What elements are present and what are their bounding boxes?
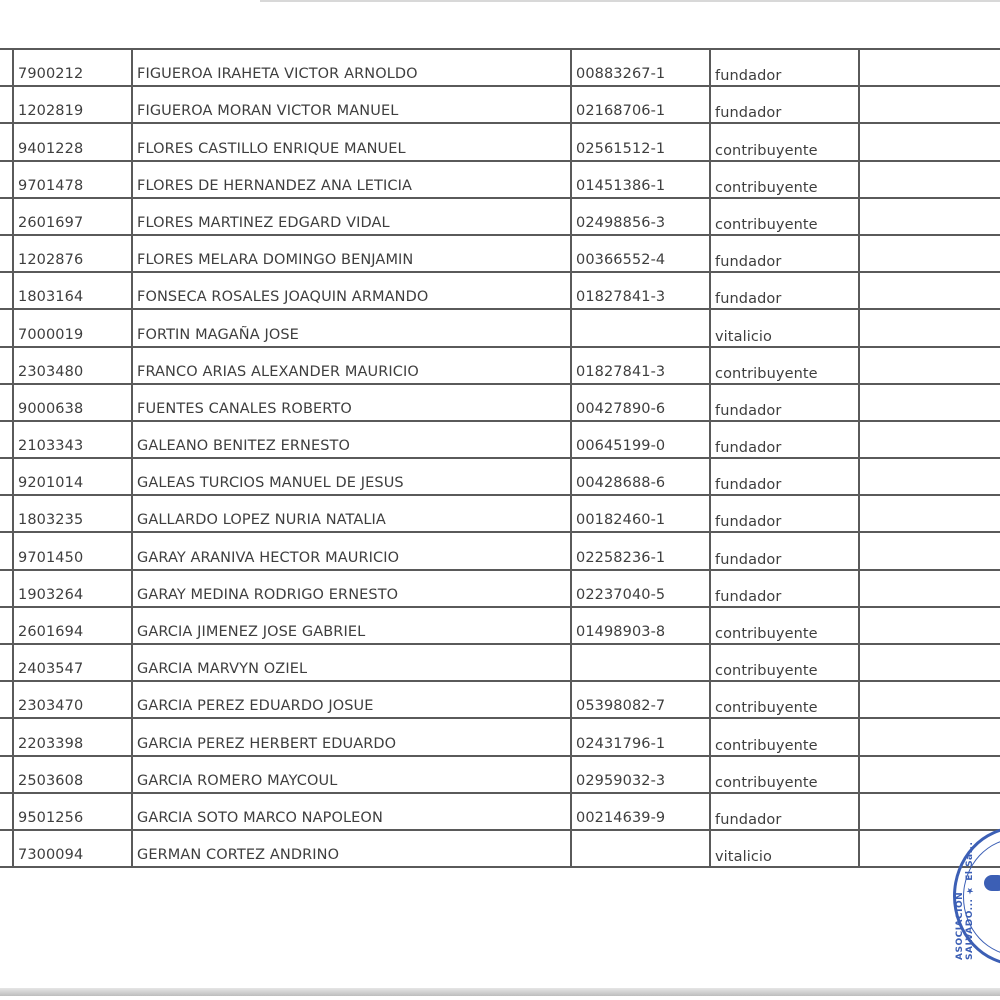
member-name-cell: FIGUEROA MORAN VICTOR MANUEL [132, 86, 571, 123]
member-name-text: FLORES MARTINEZ EDGARD VIDAL [137, 215, 390, 234]
row-blank-cell [859, 235, 1000, 272]
member-document-cell: 00428688-6 [571, 458, 710, 495]
member-category-cell: fundador [710, 458, 859, 495]
member-category-text: vitalicio [715, 849, 772, 867]
table-row: 9701450GARAY ARANIVA HECTOR MAURICIO0225… [0, 532, 1000, 569]
member-name-cell: FLORES DE HERNANDEZ ANA LETICIA [132, 161, 571, 198]
member-code-text: 2303470 [18, 698, 83, 717]
row-blank-cell [859, 384, 1000, 421]
member-name-text: GALEAS TURCIOS MANUEL DE JESUS [137, 475, 404, 494]
member-name-text: GARCIA MARVYN OZIEL [137, 661, 307, 680]
member-name-cell: FLORES MELARA DOMINGO BENJAMIN [132, 235, 571, 272]
row-margin-cell [0, 384, 13, 421]
member-category-text: fundador [715, 514, 781, 532]
member-name-text: FIGUEROA MORAN VICTOR MANUEL [137, 103, 398, 122]
row-blank-cell [859, 570, 1000, 607]
member-name-text: GALLARDO LOPEZ NURIA NATALIA [137, 512, 386, 531]
member-category-text: fundador [715, 440, 781, 458]
member-category-cell: contribuyente [710, 718, 859, 755]
member-category-cell: contribuyente [710, 756, 859, 793]
member-code-text: 2303480 [18, 364, 83, 383]
member-code-text: 1202819 [18, 103, 83, 122]
member-code-text: 2601694 [18, 624, 83, 643]
member-name-text: GALEANO BENITEZ ERNESTO [137, 438, 350, 457]
table-row: 2503608GARCIA ROMERO MAYCOUL02959032-3co… [0, 756, 1000, 793]
row-margin-cell [0, 421, 13, 458]
member-name-cell: GARCIA MARVYN OZIEL [132, 644, 571, 681]
row-margin-cell [0, 756, 13, 793]
row-blank-cell [859, 532, 1000, 569]
table-row: 1803164FONSECA ROSALES JOAQUIN ARMANDO01… [0, 272, 1000, 309]
member-name-cell: FLORES MARTINEZ EDGARD VIDAL [132, 198, 571, 235]
member-code-cell: 2601694 [13, 607, 132, 644]
member-category-text: contribuyente [715, 366, 818, 384]
member-category-cell: vitalicio [710, 830, 859, 867]
row-margin-cell [0, 198, 13, 235]
member-code-text: 1803164 [18, 289, 83, 308]
table-row: 9201014GALEAS TURCIOS MANUEL DE JESUS004… [0, 458, 1000, 495]
scan-edge-line [260, 0, 1000, 2]
member-code-cell: 1202819 [13, 86, 132, 123]
row-margin-cell [0, 123, 13, 160]
member-name-cell: GALEANO BENITEZ ERNESTO [132, 421, 571, 458]
member-category-cell: contribuyente [710, 607, 859, 644]
table-row: 9701478FLORES DE HERNANDEZ ANA LETICIA01… [0, 161, 1000, 198]
member-code-text: 7900212 [18, 66, 83, 85]
member-category-text: fundador [715, 68, 781, 86]
table-row: 1903264GARAY MEDINA RODRIGO ERNESTO02237… [0, 570, 1000, 607]
row-blank-cell [859, 681, 1000, 718]
member-code-text: 7000019 [18, 327, 83, 346]
member-code-text: 9201014 [18, 475, 83, 494]
row-margin-cell [0, 607, 13, 644]
member-code-cell: 2303470 [13, 681, 132, 718]
member-document-text: 00428688-6 [576, 475, 665, 494]
row-blank-cell [859, 644, 1000, 681]
member-category-text: fundador [715, 812, 781, 830]
member-category-cell: contribuyente [710, 161, 859, 198]
member-name-cell: GARCIA JIMENEZ JOSE GABRIEL [132, 607, 571, 644]
member-document-cell: 01827841-3 [571, 272, 710, 309]
member-name-cell: FRANCO ARIAS ALEXANDER MAURICIO [132, 347, 571, 384]
row-margin-cell [0, 644, 13, 681]
member-code-cell: 9701450 [13, 532, 132, 569]
member-code-cell: 2103343 [13, 421, 132, 458]
member-name-text: FORTIN MAGAÑA JOSE [137, 327, 299, 346]
member-document-cell: 02168706-1 [571, 86, 710, 123]
table-row: 2303470GARCIA PEREZ EDUARDO JOSUE0539808… [0, 681, 1000, 718]
member-code-cell: 9401228 [13, 123, 132, 160]
member-name-cell: FONSECA ROSALES JOAQUIN ARMANDO [132, 272, 571, 309]
member-category-text: fundador [715, 589, 781, 607]
member-document-cell: 00366552-4 [571, 235, 710, 272]
member-code-text: 2601697 [18, 215, 83, 234]
row-margin-cell [0, 681, 13, 718]
member-code-cell: 9201014 [13, 458, 132, 495]
member-code-text: 2503608 [18, 773, 83, 792]
member-code-cell: 2601697 [13, 198, 132, 235]
member-table: 7900212FIGUEROA IRAHETA VICTOR ARNOLDO00… [0, 48, 1000, 868]
member-category-cell: contribuyente [710, 347, 859, 384]
member-document-text: 01498903-8 [576, 624, 665, 643]
member-code-text: 9701478 [18, 178, 83, 197]
row-blank-cell [859, 718, 1000, 755]
row-blank-cell [859, 198, 1000, 235]
row-margin-cell [0, 570, 13, 607]
member-category-text: fundador [715, 403, 781, 421]
member-category-text: fundador [715, 477, 781, 495]
row-margin-cell [0, 86, 13, 123]
member-code-cell: 2203398 [13, 718, 132, 755]
member-code-text: 2203398 [18, 736, 83, 755]
member-category-cell: fundador [710, 532, 859, 569]
member-document-text: 02959032-3 [576, 773, 665, 792]
member-category-cell: fundador [710, 272, 859, 309]
scan-bottom-edge [0, 988, 1000, 996]
member-name-cell: FLORES CASTILLO ENRIQUE MANUEL [132, 123, 571, 160]
member-code-cell: 1903264 [13, 570, 132, 607]
member-category-cell: fundador [710, 495, 859, 532]
row-margin-cell [0, 49, 13, 86]
member-category-text: contribuyente [715, 663, 818, 681]
member-code-text: 9501256 [18, 810, 83, 829]
member-name-text: FLORES DE HERNANDEZ ANA LETICIA [137, 178, 412, 197]
row-blank-cell [859, 309, 1000, 346]
table-row: 7000019FORTIN MAGAÑA JOSEvitalicio [0, 309, 1000, 346]
member-document-cell [571, 830, 710, 867]
member-category-cell: fundador [710, 235, 859, 272]
member-category-cell: contribuyente [710, 644, 859, 681]
table-row: 2203398GARCIA PEREZ HERBERT EDUARDO02431… [0, 718, 1000, 755]
row-margin-cell [0, 495, 13, 532]
row-blank-cell [859, 272, 1000, 309]
member-name-cell: GARCIA SOTO MARCO NAPOLEON [132, 793, 571, 830]
row-blank-cell [859, 607, 1000, 644]
table-row: 2303480FRANCO ARIAS ALEXANDER MAURICIO01… [0, 347, 1000, 384]
member-category-text: contribuyente [715, 700, 818, 718]
member-code-cell: 2303480 [13, 347, 132, 384]
member-code-text: 9000638 [18, 401, 83, 420]
row-blank-cell [859, 756, 1000, 793]
table-row: 7900212FIGUEROA IRAHETA VICTOR ARNOLDO00… [0, 49, 1000, 86]
member-category-cell: fundador [710, 86, 859, 123]
member-name-text: FUENTES CANALES ROBERTO [137, 401, 352, 420]
row-blank-cell [859, 49, 1000, 86]
member-code-text: 1202876 [18, 252, 83, 271]
member-document-text: 00883267-1 [576, 66, 665, 85]
member-name-text: GARCIA PEREZ HERBERT EDUARDO [137, 736, 396, 755]
row-margin-cell [0, 532, 13, 569]
member-name-cell: GARCIA PEREZ HERBERT EDUARDO [132, 718, 571, 755]
member-document-cell: 02237040-5 [571, 570, 710, 607]
member-document-text: 02431796-1 [576, 736, 665, 755]
member-document-cell: 02431796-1 [571, 718, 710, 755]
member-name-text: FRANCO ARIAS ALEXANDER MAURICIO [137, 364, 419, 383]
member-name-cell: GARAY MEDINA RODRIGO ERNESTO [132, 570, 571, 607]
member-document-cell: 02498856-3 [571, 198, 710, 235]
member-name-cell: FIGUEROA IRAHETA VICTOR ARNOLDO [132, 49, 571, 86]
member-code-cell: 9501256 [13, 793, 132, 830]
member-category-text: fundador [715, 552, 781, 570]
member-document-text: 01827841-3 [576, 364, 665, 383]
row-blank-cell [859, 495, 1000, 532]
row-blank-cell [859, 421, 1000, 458]
table-row: 7300094GERMAN CORTEZ ANDRINOvitalicio [0, 830, 1000, 867]
member-code-text: 2403547 [18, 661, 83, 680]
row-blank-cell [859, 161, 1000, 198]
member-name-text: FONSECA ROSALES JOAQUIN ARMANDO [137, 289, 428, 308]
member-name-text: GARCIA ROMERO MAYCOUL [137, 773, 337, 792]
member-code-text: 9701450 [18, 550, 83, 569]
member-document-cell: 00427890-6 [571, 384, 710, 421]
table-row: 2601694GARCIA JIMENEZ JOSE GABRIEL014989… [0, 607, 1000, 644]
table-row: 9501256GARCIA SOTO MARCO NAPOLEON0021463… [0, 793, 1000, 830]
member-document-cell: 01498903-8 [571, 607, 710, 644]
member-name-cell: FORTIN MAGAÑA JOSE [132, 309, 571, 346]
row-blank-cell [859, 123, 1000, 160]
table-row: 9000638FUENTES CANALES ROBERTO00427890-6… [0, 384, 1000, 421]
member-category-cell: contribuyente [710, 198, 859, 235]
member-code-text: 7300094 [18, 847, 83, 866]
table-row: 2601697FLORES MARTINEZ EDGARD VIDAL02498… [0, 198, 1000, 235]
row-blank-cell [859, 458, 1000, 495]
member-name-cell: FUENTES CANALES ROBERTO [132, 384, 571, 421]
row-blank-cell [859, 793, 1000, 830]
member-document-text: 02168706-1 [576, 103, 665, 122]
member-document-cell: 05398082-7 [571, 681, 710, 718]
member-category-text: fundador [715, 105, 781, 123]
row-blank-cell [859, 347, 1000, 384]
member-name-cell: GALLARDO LOPEZ NURIA NATALIA [132, 495, 571, 532]
row-margin-cell [0, 272, 13, 309]
member-code-text: 1903264 [18, 587, 83, 606]
member-document-text: 01827841-3 [576, 289, 665, 308]
member-category-text: contribuyente [715, 180, 818, 198]
member-document-cell: 01827841-3 [571, 347, 710, 384]
row-margin-cell [0, 347, 13, 384]
member-name-text: GARCIA PEREZ EDUARDO JOSUE [137, 698, 374, 717]
member-document-cell: 02561512-1 [571, 123, 710, 160]
table-row: 2103343GALEANO BENITEZ ERNESTO00645199-0… [0, 421, 1000, 458]
table-row: 9401228FLORES CASTILLO ENRIQUE MANUEL025… [0, 123, 1000, 160]
member-code-text: 2103343 [18, 438, 83, 457]
member-name-text: FIGUEROA IRAHETA VICTOR ARNOLDO [137, 66, 418, 85]
member-name-cell: GERMAN CORTEZ ANDRINO [132, 830, 571, 867]
member-category-cell: vitalicio [710, 309, 859, 346]
member-category-cell: fundador [710, 421, 859, 458]
member-name-text: GARAY ARANIVA HECTOR MAURICIO [137, 550, 399, 569]
member-category-cell: contribuyente [710, 123, 859, 160]
row-margin-cell [0, 235, 13, 272]
row-margin-cell [0, 161, 13, 198]
member-category-cell: contribuyente [710, 681, 859, 718]
member-code-cell: 7300094 [13, 830, 132, 867]
member-name-text: GARAY MEDINA RODRIGO ERNESTO [137, 587, 398, 606]
member-code-cell: 2503608 [13, 756, 132, 793]
member-category-cell: fundador [710, 384, 859, 421]
member-name-cell: GARAY ARANIVA HECTOR MAURICIO [132, 532, 571, 569]
member-code-cell: 7000019 [13, 309, 132, 346]
member-table-body: 7900212FIGUEROA IRAHETA VICTOR ARNOLDO00… [0, 49, 1000, 867]
member-category-text: contribuyente [715, 626, 818, 644]
member-category-cell: fundador [710, 49, 859, 86]
member-document-text: 00214639-9 [576, 810, 665, 829]
member-document-text: 00366552-4 [576, 252, 665, 271]
row-margin-cell [0, 793, 13, 830]
member-category-text: contribuyente [715, 738, 818, 756]
member-document-text: 02258236-1 [576, 550, 665, 569]
row-blank-cell [859, 86, 1000, 123]
member-name-text: GERMAN CORTEZ ANDRINO [137, 847, 339, 866]
member-document-text: 05398082-7 [576, 698, 665, 717]
member-document-cell: 00182460-1 [571, 495, 710, 532]
member-name-cell: GARCIA ROMERO MAYCOUL [132, 756, 571, 793]
table-row: 1202876FLORES MELARA DOMINGO BENJAMIN003… [0, 235, 1000, 272]
member-document-text: 00645199-0 [576, 438, 665, 457]
member-document-cell: 02959032-3 [571, 756, 710, 793]
stamp-text: ASOCIACIÓN SALVADO... ★ El Sa... [955, 840, 995, 960]
member-code-text: 9401228 [18, 141, 83, 160]
member-document-text: 00427890-6 [576, 401, 665, 420]
member-name-text: GARCIA JIMENEZ JOSE GABRIEL [137, 624, 365, 643]
member-document-text: 02561512-1 [576, 141, 665, 160]
member-code-cell: 7900212 [13, 49, 132, 86]
member-document-text: 01451386-1 [576, 178, 665, 197]
member-category-text: contribuyente [715, 775, 818, 793]
member-name-text: GARCIA SOTO MARCO NAPOLEON [137, 810, 383, 829]
row-margin-cell [0, 830, 13, 867]
member-category-text: fundador [715, 291, 781, 309]
member-document-cell [571, 644, 710, 681]
member-name-text: FLORES CASTILLO ENRIQUE MANUEL [137, 141, 406, 160]
member-code-cell: 2403547 [13, 644, 132, 681]
member-document-text: 02498856-3 [576, 215, 665, 234]
member-document-cell [571, 309, 710, 346]
member-category-text: vitalicio [715, 329, 772, 347]
member-document-cell: 02258236-1 [571, 532, 710, 569]
row-margin-cell [0, 309, 13, 346]
member-document-cell: 00214639-9 [571, 793, 710, 830]
row-margin-cell [0, 458, 13, 495]
table-row: 1202819FIGUEROA MORAN VICTOR MANUEL02168… [0, 86, 1000, 123]
member-category-cell: fundador [710, 793, 859, 830]
table-row: 2403547GARCIA MARVYN OZIELcontribuyente [0, 644, 1000, 681]
member-document-text: 00182460-1 [576, 512, 665, 531]
member-code-cell: 9000638 [13, 384, 132, 421]
member-document-cell: 01451386-1 [571, 161, 710, 198]
table-row: 1803235GALLARDO LOPEZ NURIA NATALIA00182… [0, 495, 1000, 532]
member-name-cell: GALEAS TURCIOS MANUEL DE JESUS [132, 458, 571, 495]
member-name-cell: GARCIA PEREZ EDUARDO JOSUE [132, 681, 571, 718]
member-code-text: 1803235 [18, 512, 83, 531]
member-document-cell: 00645199-0 [571, 421, 710, 458]
member-category-cell: fundador [710, 570, 859, 607]
member-category-text: contribuyente [715, 217, 818, 235]
member-document-cell: 00883267-1 [571, 49, 710, 86]
member-name-text: FLORES MELARA DOMINGO BENJAMIN [137, 252, 413, 271]
member-document-text: 02237040-5 [576, 587, 665, 606]
member-code-cell: 1202876 [13, 235, 132, 272]
member-category-text: contribuyente [715, 143, 818, 161]
member-code-cell: 1803164 [13, 272, 132, 309]
member-code-cell: 9701478 [13, 161, 132, 198]
member-category-text: fundador [715, 254, 781, 272]
member-code-cell: 1803235 [13, 495, 132, 532]
row-margin-cell [0, 718, 13, 755]
